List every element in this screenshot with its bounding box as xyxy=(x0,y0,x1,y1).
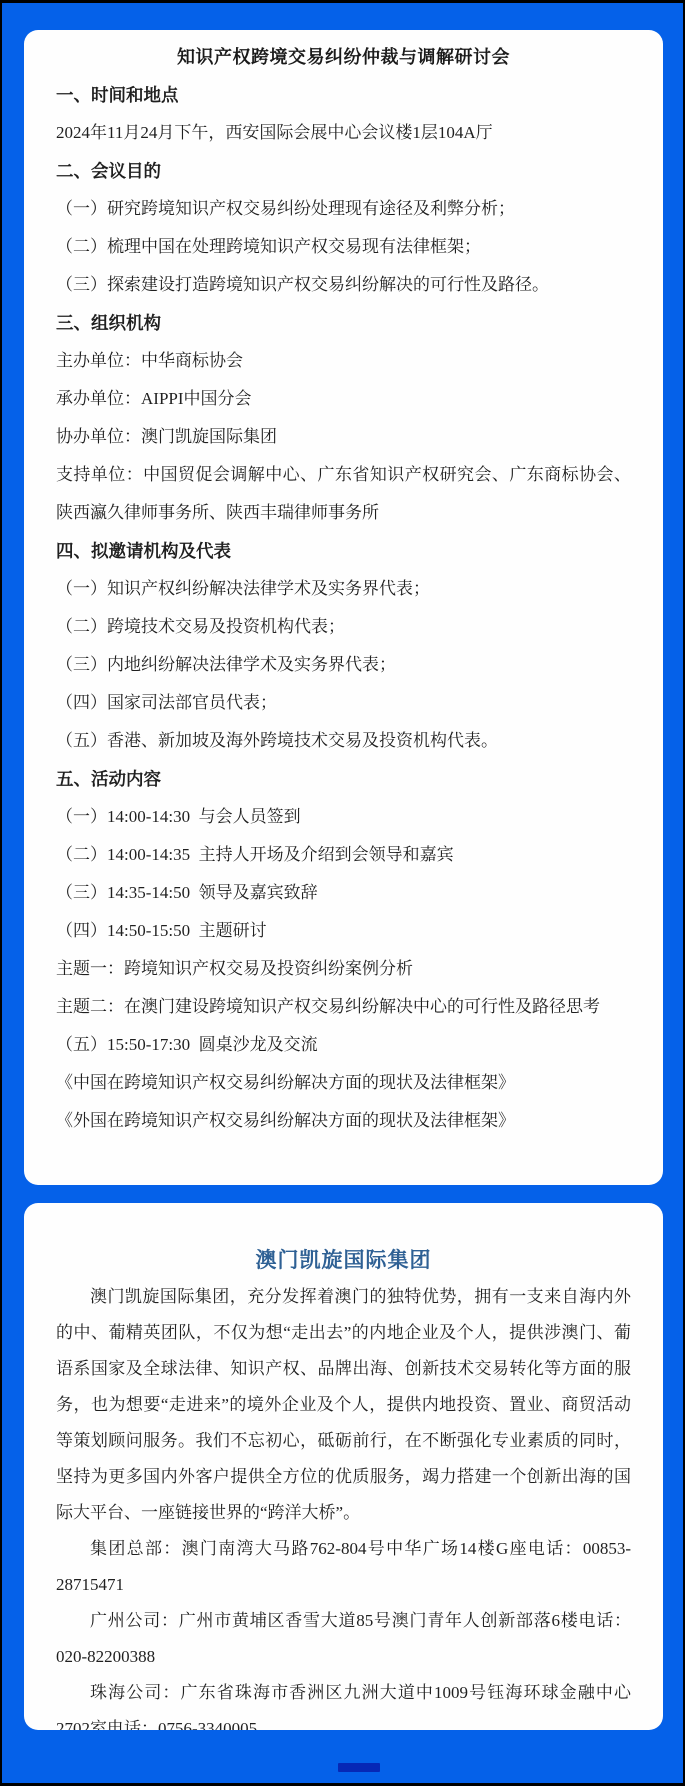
body-line: （三）14:35-14:50 领导及嘉宾致辞 xyxy=(56,874,631,912)
seminar-card: 知识产权跨境交易纠纷仲裁与调解研讨会 一、时间和地点2024年11月24月下午，… xyxy=(24,30,663,1185)
section-heading: 一、时间和地点 xyxy=(56,76,631,114)
seminar-title: 知识产权跨境交易纠纷仲裁与调解研讨会 xyxy=(56,38,631,76)
body-line: （二）梳理中国在处理跨境知识产权交易现有法律框架； xyxy=(56,228,631,266)
body-line: （二）跨境技术交易及投资机构代表； xyxy=(56,608,631,646)
section-heading: 五、活动内容 xyxy=(56,760,631,798)
company-card: 澳门凯旋国际集团 澳门凯旋国际集团，充分发挥着澳门的独特优势，拥有一支来自海内外… xyxy=(24,1203,663,1730)
section-heading: 二、会议目的 xyxy=(56,152,631,190)
body-line: （三）内地纠纷解决法律学术及实务界代表； xyxy=(56,646,631,684)
body-line: （一）研究跨境知识产权交易纠纷处理现有途径及利弊分析； xyxy=(56,190,631,228)
body-line: （五）香港、新加坡及海外跨境技术交易及投资机构代表。 xyxy=(56,722,631,760)
section-heading: 三、组织机构 xyxy=(56,304,631,342)
company-intro: 澳门凯旋国际集团，充分发挥着澳门的独特优势，拥有一支来自海内外的中、葡精英团队，… xyxy=(56,1279,631,1531)
body-line: 协办单位：澳门凯旋国际集团 xyxy=(56,418,631,456)
seminar-body: 一、时间和地点2024年11月24月下午，西安国际会展中心会议楼1层104A厅二… xyxy=(56,76,631,1140)
body-line: （二）14:00-14:35 主持人开场及介绍到会领导和嘉宾 xyxy=(56,836,631,874)
company-title: 澳门凯旋国际集团 xyxy=(56,1243,631,1279)
body-line: （三）探索建设打造跨境知识产权交易纠纷解决的可行性及路径。 xyxy=(56,266,631,304)
body-line: （五）15:50-17:30 圆桌沙龙及交流 xyxy=(56,1026,631,1064)
body-line: 支持单位：中国贸促会调解中心、广东省知识产权研究会、广东商标协会、陕西瀛久律师事… xyxy=(56,456,631,532)
contact-line: 珠海公司：广东省珠海市香洲区九洲大道中1009号钰海环球金融中心2702室电话：… xyxy=(56,1675,631,1730)
company-contacts: 集团总部：澳门南湾大马路762-804号中华广场14楼G座电话：00853-28… xyxy=(56,1531,631,1730)
body-line: （一）知识产权纠纷解决法律学术及实务界代表； xyxy=(56,570,631,608)
body-line: （四）14:50-15:50 主题研讨 xyxy=(56,912,631,950)
section-heading: 四、拟邀请机构及代表 xyxy=(56,532,631,570)
body-line: 承办单位：AIPPI中国分会 xyxy=(56,380,631,418)
body-line: （一）14:00-14:30 与会人员签到 xyxy=(56,798,631,836)
body-line: 主办单位：中华商标协会 xyxy=(56,342,631,380)
body-line: 主题二：在澳门建设跨境知识产权交易纠纷解决中心的可行性及路径思考 xyxy=(56,988,631,1026)
contact-line: 广州公司：广州市黄埔区香雪大道85号澳门青年人创新部落6楼电话：020-8220… xyxy=(56,1603,631,1675)
body-line: 主题一：跨境知识产权交易及投资纠纷案例分析 xyxy=(56,950,631,988)
body-line: 2024年11月24月下午，西安国际会展中心会议楼1层104A厅 xyxy=(56,114,631,152)
body-line: （四）国家司法部官员代表； xyxy=(56,684,631,722)
scroll-indicator xyxy=(338,1763,380,1772)
page-frame: 知识产权跨境交易纠纷仲裁与调解研讨会 一、时间和地点2024年11月24月下午，… xyxy=(0,0,685,1786)
body-line: 《外国在跨境知识产权交易纠纷解决方面的现状及法律框架》 xyxy=(56,1102,631,1140)
contact-line: 集团总部：澳门南湾大马路762-804号中华广场14楼G座电话：00853-28… xyxy=(56,1531,631,1603)
body-line: 《中国在跨境知识产权交易纠纷解决方面的现状及法律框架》 xyxy=(56,1064,631,1102)
